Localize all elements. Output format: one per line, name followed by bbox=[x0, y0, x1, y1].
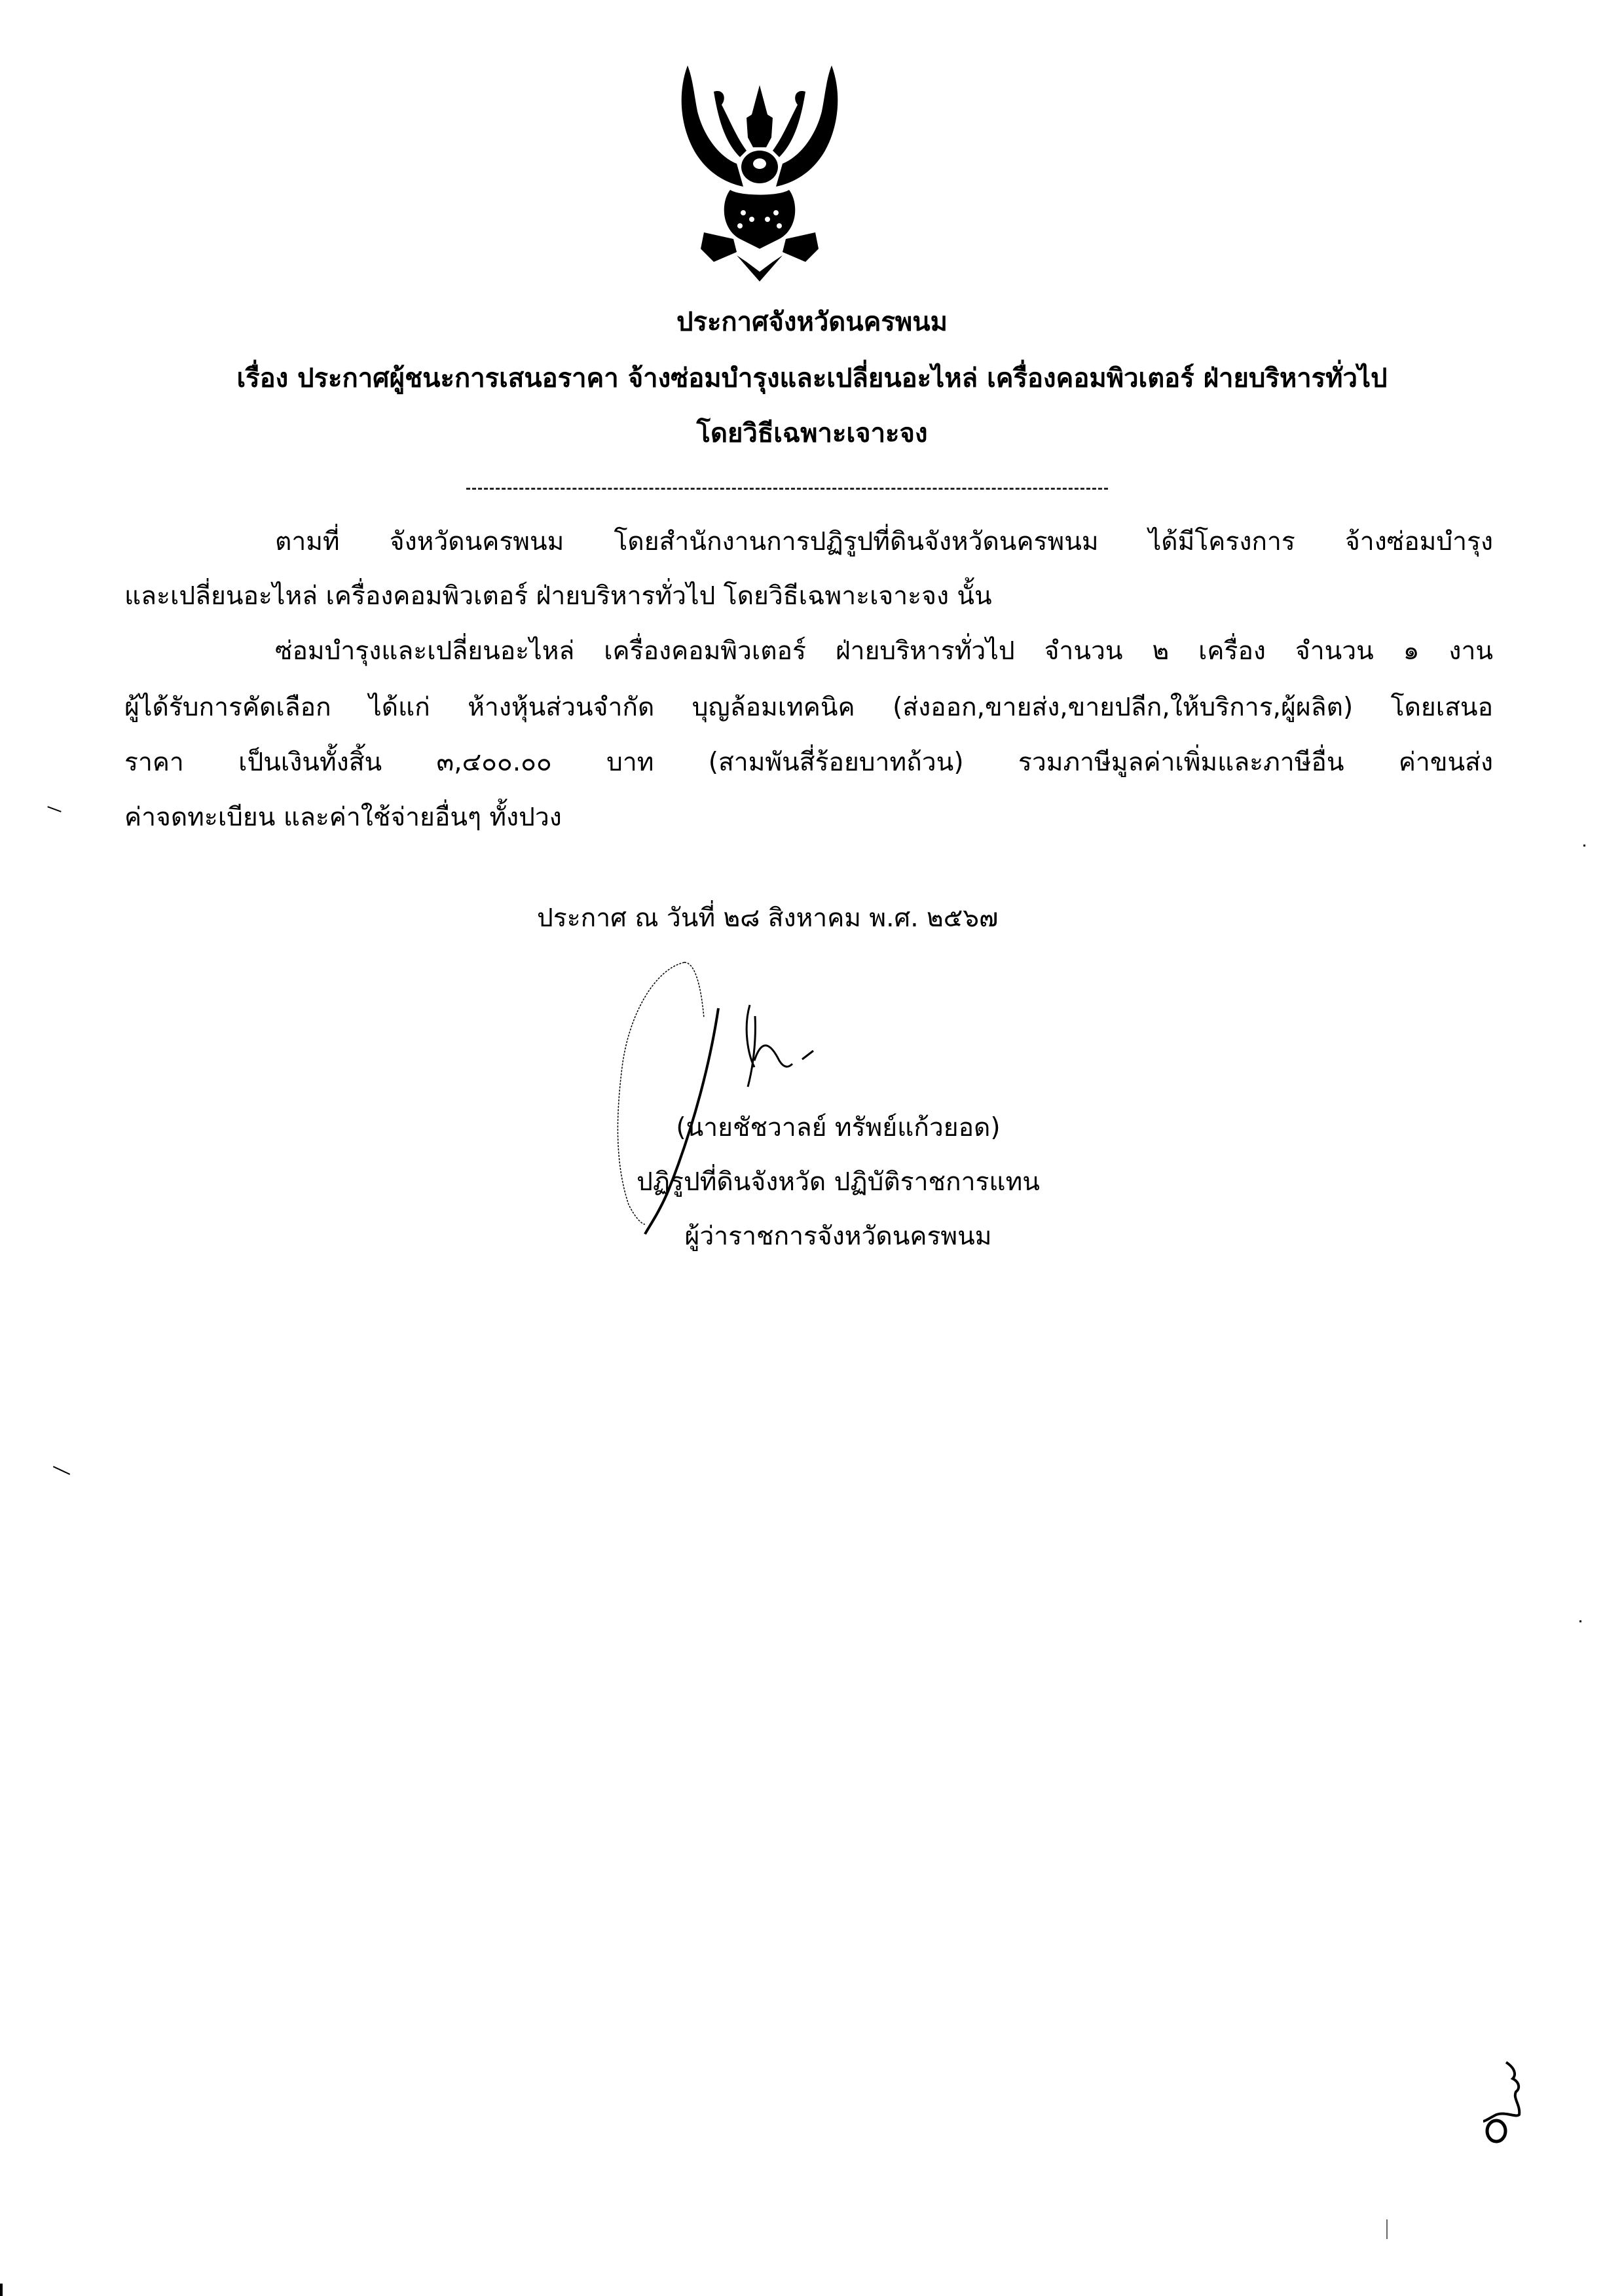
subject-heading: เรื่อง ประกาศผู้ชนะการเสนอราคา จ้างซ่อมบ… bbox=[0, 359, 1624, 398]
method-heading: โดยวิธีเฉพาะเจาะจง bbox=[0, 414, 1624, 453]
scan-mark bbox=[53, 1466, 70, 1475]
scan-mark bbox=[1579, 1620, 1581, 1622]
issuer-heading: ประกาศจังหวัดนครพนม bbox=[0, 302, 1624, 342]
signatory-name: (นายชัชวาลย์ ทรัพย์แก้วยอด) bbox=[576, 1110, 1100, 1146]
scan-mark bbox=[1583, 845, 1585, 847]
announcement-date: ประกาศ ณ วันที่ ๒๘ สิงหาคม พ.ศ. ๒๕๖๗ bbox=[537, 900, 998, 937]
paragraph-1-line-2: และเปลี่ยนอะไหล่ เครื่องคอมพิวเตอร์ ฝ่าย… bbox=[124, 578, 992, 615]
garuda-emblem-icon bbox=[674, 65, 845, 282]
signatory-title-line-1: ปฏิรูปที่ดินจังหวัด ปฏิบัติราชการแทน bbox=[576, 1164, 1100, 1201]
paragraph-1-line-1: ตามที่ จังหวัดนครพนม โดยสำนักงานการปฏิรู… bbox=[275, 524, 1493, 560]
heading-divider bbox=[466, 488, 1108, 490]
paragraph-2-line-2: ผู้ได้รับการคัดเลือก ได้แก่ ห้างหุ้นส่วน… bbox=[124, 689, 1493, 726]
scan-mark bbox=[1386, 2219, 1388, 2239]
paragraph-2-line-3: ราคา เป็นเงินทั้งสิ้น ๓,๔๐๐.๐๐ บาท (สามพ… bbox=[124, 744, 1493, 781]
paragraph-2-line-4: ค่าจดทะเบียน และค่าใช้จ่ายอื่นๆ ทั้งปวง bbox=[124, 799, 562, 836]
handwritten-initials-icon bbox=[1480, 2043, 1552, 2147]
signatory-block: (นายชัชวาลย์ ทรัพย์แก้วยอด) ปฏิรูปที่ดิน… bbox=[576, 1110, 1100, 1255]
paragraph-2-line-1: ซ่อมบำรุงและเปลี่ยนอะไหล่ เครื่องคอมพิวเ… bbox=[275, 633, 1493, 670]
scan-mark bbox=[47, 806, 61, 812]
scan-edge-mark bbox=[0, 2284, 3, 2296]
signatory-title-line-2: ผู้ว่าราชการจังหวัดนครพนม bbox=[576, 1218, 1100, 1255]
announcement-page: ประกาศจังหวัดนครพนม เรื่อง ประกาศผู้ชนะก… bbox=[0, 0, 1624, 2296]
